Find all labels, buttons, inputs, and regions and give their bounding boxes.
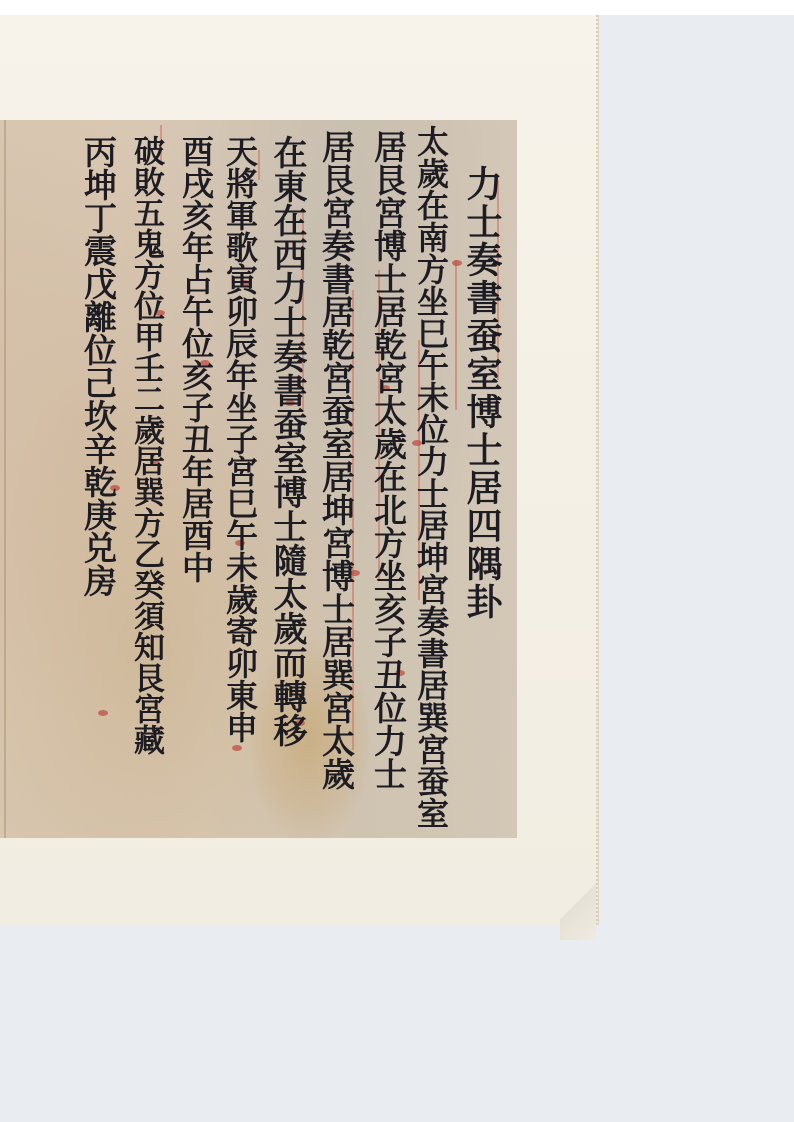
rubric-rule (455, 260, 457, 410)
text-column-8: 破敗五鬼方位甲壬二歲居巽方乙癸須知艮宮藏 (128, 135, 164, 755)
rubric-dot (232, 745, 242, 751)
rubric-dot (98, 710, 108, 716)
manuscript-page: 力士奏書蚕室博士居四隅卦 太歲在南方坐巳午未位力士居坤宮奏書居巽宮蚕室 居艮宮博… (0, 120, 517, 838)
text-column-4: 居艮宮奏書居乾宮蚕室居坤宮博士居巽宮太歲 (318, 130, 354, 790)
text-column-5: 在東在西力士奏書蚕室博士隨太歲而轉移 (268, 135, 306, 747)
paper-folded-corner (560, 865, 596, 940)
text-column-2: 太歲在南方坐巳午未位力士居坤宮奏書居巽宮蚕室 (413, 125, 449, 829)
text-column-7: 酉戌亥年占午位亥子丑年居酉中 (178, 135, 214, 583)
text-column-6: 天將軍歌寅卯辰年坐子宮巳午未歲寄卯東申 (222, 135, 258, 743)
scan-top-margin (0, 0, 794, 15)
text-column-3: 居艮宮博士居乾宮太歲在北方坐亥子丑位力士 (370, 130, 406, 790)
text-column-9: 丙坤丁震戊離位己坎辛乾庚兑房 (80, 135, 116, 597)
page-edge-line (4, 120, 6, 838)
text-column-1: 力士奏書蚕室博士居四隅卦 (462, 165, 502, 621)
